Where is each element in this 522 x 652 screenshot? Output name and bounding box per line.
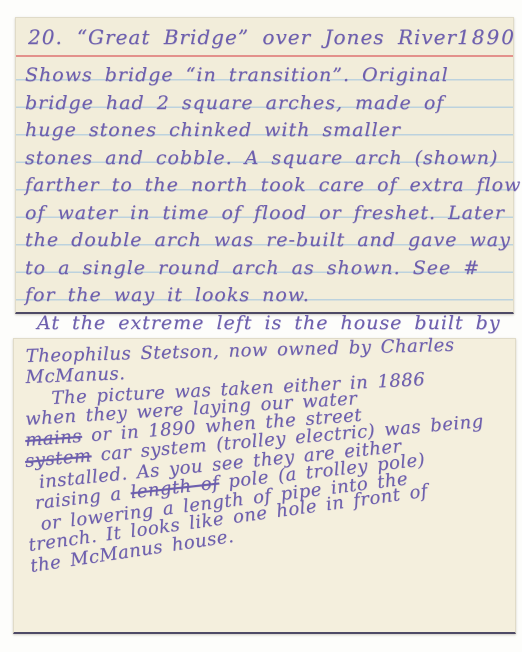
handwritten-line: to a single round arch as shown. See # [25, 255, 509, 283]
handwritten-line: farther to the north took care of extra … [25, 172, 509, 200]
card-title: “Great Bridge” over Jones River [77, 25, 457, 49]
handwritten-line: the double arch was re-built and gave wa… [25, 227, 509, 255]
handwritten-text: for the way it looks now. [25, 284, 310, 306]
index-card-back: Theophilus Stetson, now owned by Charles… [13, 338, 516, 634]
handwritten-line: At the extreme left is the house built b… [37, 310, 509, 338]
scanned-page: 20. “Great Bridge” over Jones River 1890… [0, 0, 522, 652]
handwritten-text: to a single round arch as shown. See # [25, 257, 480, 279]
card-year: 1890 [457, 25, 516, 49]
card-header: 20. “Great Bridge” over Jones River 1890 [28, 25, 503, 49]
handwritten-text: bridge had 2 square arches, made of [25, 92, 444, 114]
handwritten-text: At the extreme left is the house built b… [37, 312, 501, 334]
handwritten-line: for the way it looks now. [25, 282, 509, 310]
index-card-front: 20. “Great Bridge” over Jones River 1890… [15, 17, 514, 314]
handwritten-text: of water in time of flood or freshet. La… [25, 202, 505, 224]
handwritten-text: farther to the north took care of extra … [25, 174, 521, 196]
card-back-body: Theophilus Stetson, now owned by Charles… [26, 347, 511, 578]
handwritten-line: huge stones chinked with smaller [25, 117, 509, 145]
red-margin-rule [16, 55, 513, 57]
handwritten-line: of water in time of flood or freshet. La… [25, 200, 509, 228]
handwritten-text: Shows bridge “in transition”. Original [25, 64, 449, 86]
handwritten-text: the double arch was re-built and gave wa… [25, 229, 511, 251]
card-number: 20. [28, 25, 63, 49]
handwritten-line: stones and cobble. A square arch (shown) [25, 145, 509, 173]
handwritten-line: Shows bridge “in transition”. Original [25, 62, 509, 90]
handwritten-line: bridge had 2 square arches, made of [25, 90, 509, 118]
handwritten-text: stones and cobble. A square arch (shown) [25, 147, 498, 169]
handwritten-text: huge stones chinked with smaller [25, 119, 401, 141]
card-front-body: Shows bridge “in transition”. Originalbr… [25, 62, 509, 337]
